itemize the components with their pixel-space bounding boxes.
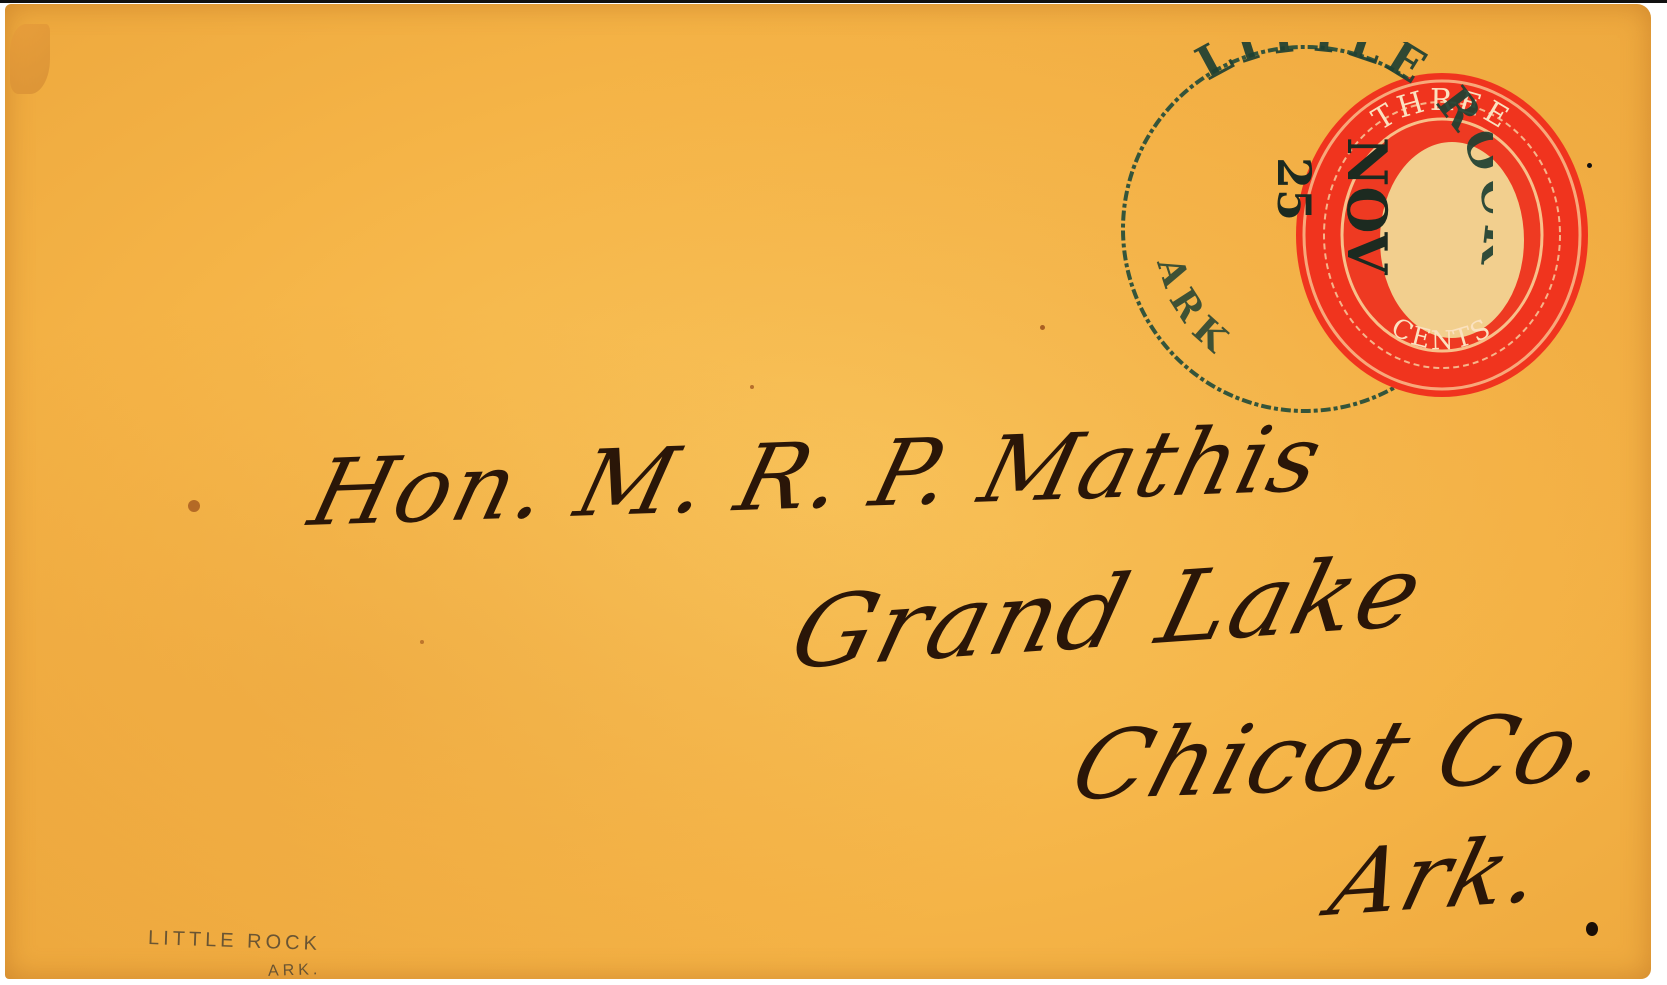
- postmark-day: 25: [1267, 157, 1321, 221]
- scan-top-border: [0, 0, 1667, 3]
- svg-text:ARK: ARK: [1148, 251, 1243, 367]
- foxing-spot: [420, 640, 424, 644]
- postmark-state: ARK: [1148, 251, 1243, 367]
- pencil-note-state: ARK.: [268, 961, 322, 981]
- torn-corner: [10, 24, 50, 94]
- foxing-spot: [750, 385, 754, 389]
- foxing-spot: [1586, 922, 1598, 936]
- address-line-county: Chicot Co.: [1060, 692, 1625, 822]
- foxing-spot: [188, 500, 200, 512]
- postmark-text: LITTLE ROCK ARK NOV 25: [1118, 42, 1493, 417]
- postmark-month: NOV: [1335, 137, 1399, 275]
- address-line-state: Ark.: [1320, 816, 1555, 937]
- foxing-spot: [1040, 325, 1045, 330]
